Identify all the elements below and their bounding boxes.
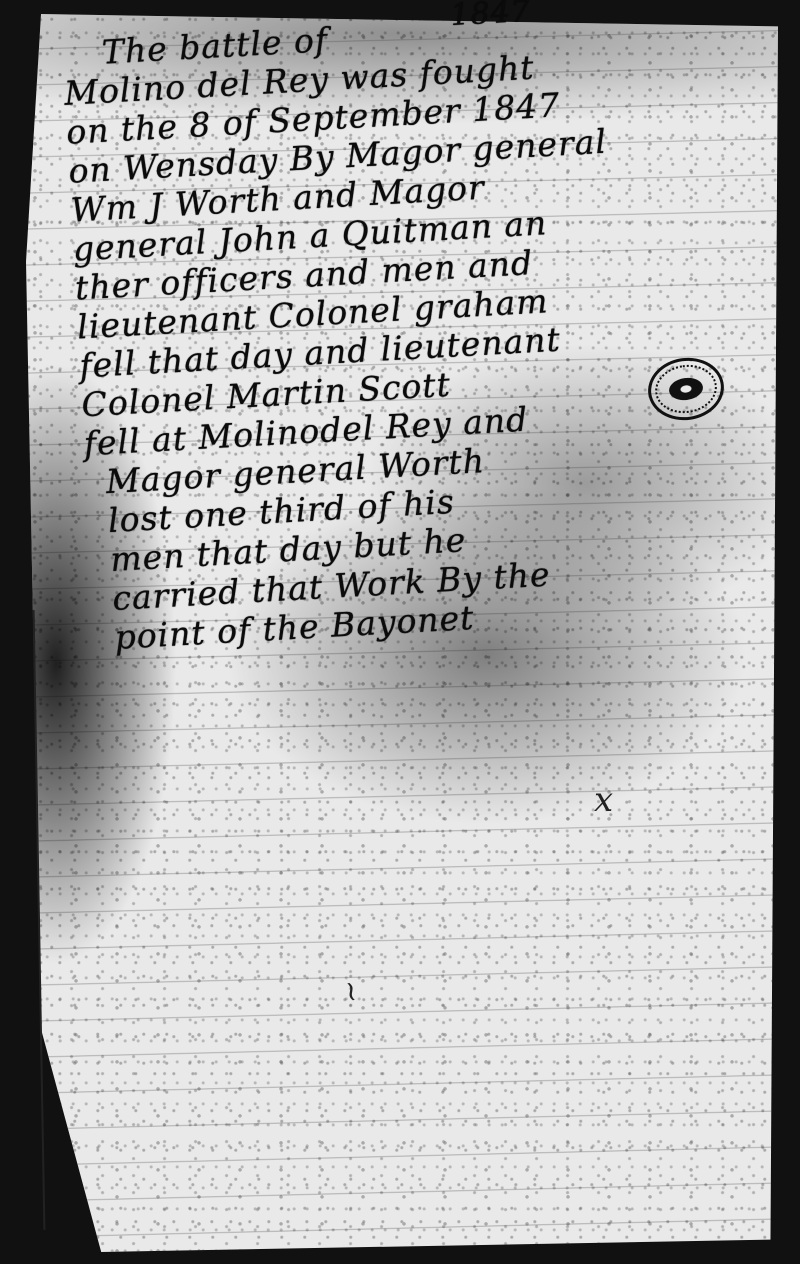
stray-x-mark: x — [594, 780, 613, 820]
stamp-ring — [652, 361, 720, 417]
handwritten-text: 1847 The battle of Molino del Rey was fo… — [60, 0, 795, 658]
scanned-document: 1847 The battle of Molino del Rey was fo… — [0, 0, 800, 1264]
